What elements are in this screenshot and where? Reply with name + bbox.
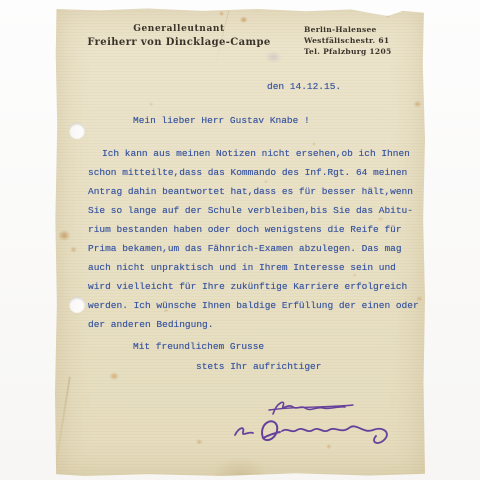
letter-page: Generalleutnant Freiherr von Dincklage-C… — [55, 8, 425, 477]
letter-body: Ich kann aus meinen Notizen nicht ersehe… — [88, 148, 423, 338]
salutation: Mein lieber Herr Gustav Knabe ! — [133, 115, 310, 126]
body-line: Prima bekamen,um das Fähnrich-Examen abz… — [88, 243, 423, 262]
closing-signoff: stets Ihr aufrichtiger — [196, 361, 321, 372]
body-line: auch nicht unpraktisch und in Ihrem Inte… — [88, 262, 423, 281]
address-street: Westfälischestr. 61 — [304, 35, 414, 46]
body-line: werden. Ich wünsche Ihnen baldige Erfüll… — [88, 300, 423, 319]
paper-crease-bottom-left — [53, 376, 71, 475]
address-city: Berlin-Halensee — [304, 24, 414, 35]
date-line: den 14.12.15. — [267, 81, 341, 92]
closing-greeting: Mit freundlichem Grusse — [133, 341, 264, 352]
body-line: schon mitteilte,dass das Kommando des In… — [88, 167, 423, 186]
address-phone: Tel. Pfalzburg 1205 — [304, 46, 414, 57]
body-line: Ich kann aus meinen Notizen nicht ersehe… — [88, 148, 423, 167]
letter-scan: Generalleutnant Freiherr von Dincklage-C… — [0, 0, 480, 480]
punch-hole-bottom — [69, 297, 85, 313]
body-line: wird vielleicht für Ihre zukünftige Karr… — [88, 281, 423, 300]
body-line: Sie so lange auf der Schule verbleiben,b… — [88, 205, 423, 224]
body-line: der anderen Bedingung. — [88, 319, 423, 338]
signature-handwriting — [225, 393, 405, 448]
body-line: rium bestanden haben oder doch wenigsten… — [88, 224, 423, 243]
letterhead-sender: Generalleutnant Freiherr von Dincklage-C… — [83, 24, 275, 48]
sender-name: Freiherr von Dincklage-Campe — [83, 37, 275, 48]
letterhead-address: Berlin-Halensee Westfälischestr. 61 Tel.… — [304, 24, 414, 57]
sender-rank: Generalleutnant — [83, 24, 275, 34]
punch-hole-top — [69, 123, 85, 139]
body-line: Antrag dahin beantwortet hat,dass es für… — [88, 186, 423, 205]
